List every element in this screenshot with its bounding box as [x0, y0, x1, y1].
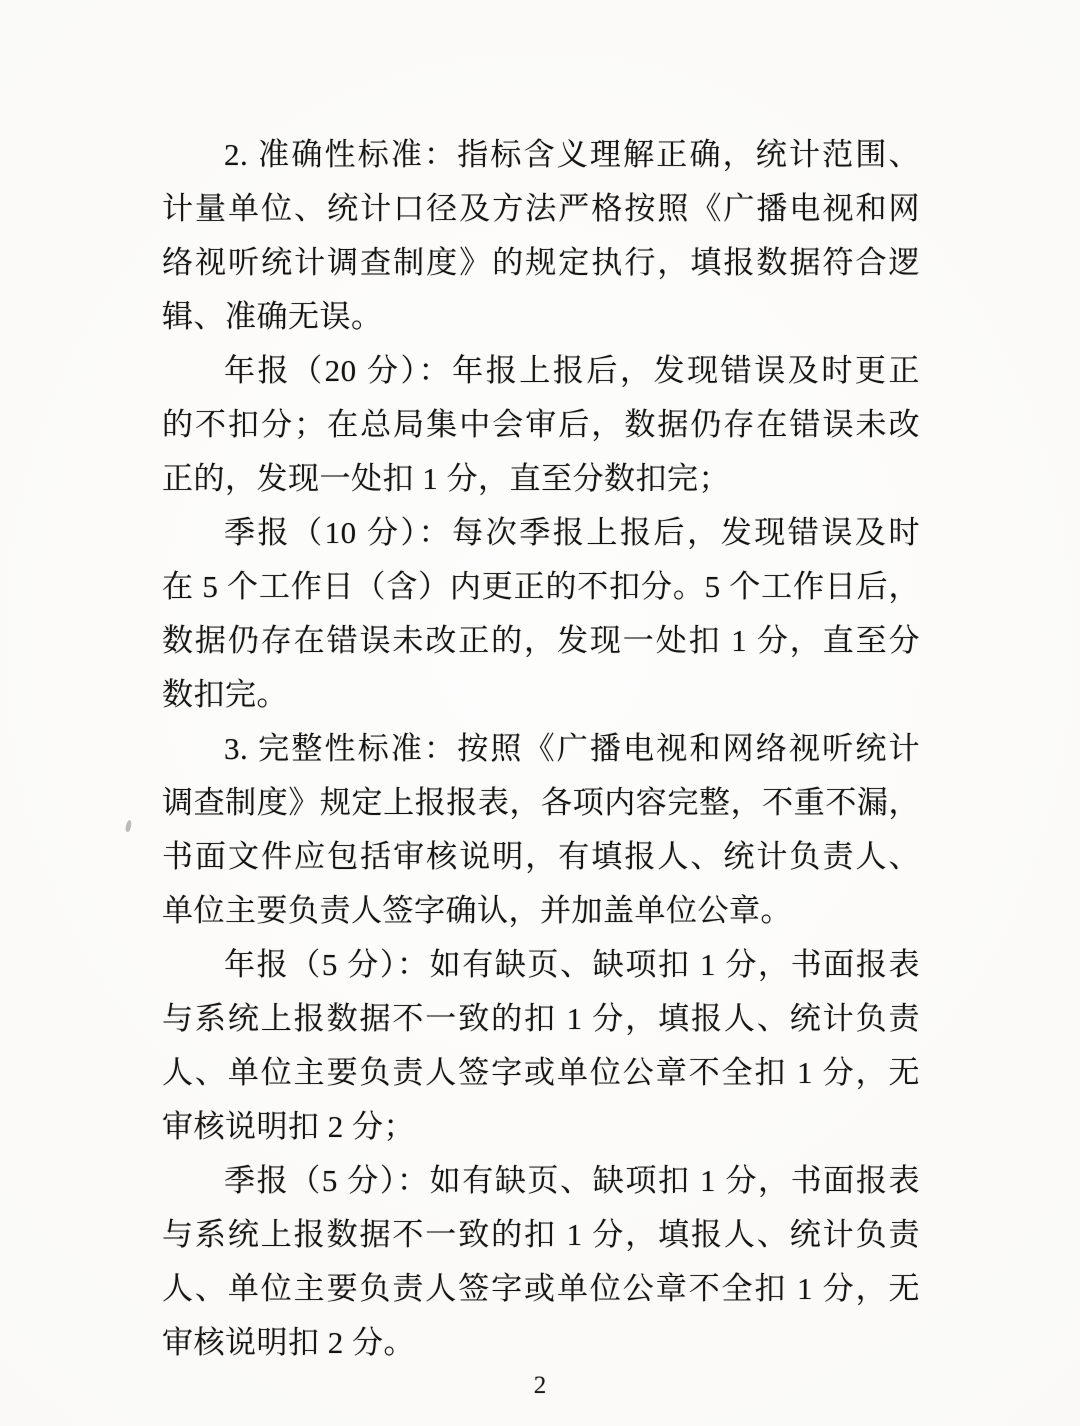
document-line: 络视听统计调查制度》的规定执行，填报数据符合逻 [162, 236, 920, 290]
document-line: 3. 完整性标准：按照《广播电视和网络视听统计 [162, 722, 920, 776]
document-line: 与系统上报数据不一致的扣 1 分，填报人、统计负责 [162, 992, 920, 1046]
document-line: 调查制度》规定上报报表，各项内容完整，不重不漏， [162, 776, 920, 830]
document-line: 书面文件应包括审核说明，有填报人、统计负责人、 [162, 830, 920, 884]
document-line: 年报（20 分）：年报上报后，发现错误及时更正 [162, 344, 920, 398]
document-line: 单位主要负责人签字确认，并加盖单位公章。 [162, 884, 920, 938]
document-line: 的不扣分；在总局集中会审后，数据仍存在错误未改 [162, 398, 920, 452]
document-line: 在 5 个工作日（含）内更正的不扣分。5 个工作日后， [162, 560, 920, 614]
document-line: 与系统上报数据不一致的扣 1 分，填报人、统计负责 [162, 1208, 920, 1262]
document-line: 年报（5 分）：如有缺页、缺项扣 1 分，书面报表 [162, 938, 920, 992]
document-line: 数扣完。 [162, 668, 920, 722]
page-number: 2 [0, 1372, 1080, 1400]
scan-artifact [125, 820, 132, 833]
document-line: 数据仍存在错误未改正的，发现一处扣 1 分，直至分 [162, 614, 920, 668]
document-line: 2. 准确性标准：指标含义理解正确，统计范围、 [162, 128, 920, 182]
document-line: 季报（5 分）：如有缺页、缺项扣 1 分，书面报表 [162, 1154, 920, 1208]
document-body: 2. 准确性标准：指标含义理解正确，统计范围、 计量单位、统计口径及方法严格按照… [162, 128, 920, 1370]
document-line: 人、单位主要负责人签字或单位公章不全扣 1 分，无 [162, 1046, 920, 1100]
document-line: 辑、准确无误。 [162, 290, 920, 344]
document-line: 正的，发现一处扣 1 分，直至分数扣完； [162, 452, 920, 506]
document-line: 审核说明扣 2 分。 [162, 1316, 920, 1370]
document-line: 计量单位、统计口径及方法严格按照《广播电视和网 [162, 182, 920, 236]
document-page: 2. 准确性标准：指标含义理解正确，统计范围、 计量单位、统计口径及方法严格按照… [0, 0, 1080, 1426]
document-line: 审核说明扣 2 分； [162, 1100, 920, 1154]
document-line: 人、单位主要负责人签字或单位公章不全扣 1 分，无 [162, 1262, 920, 1316]
document-line: 季报（10 分）：每次季报上报后，发现错误及时 [162, 506, 920, 560]
